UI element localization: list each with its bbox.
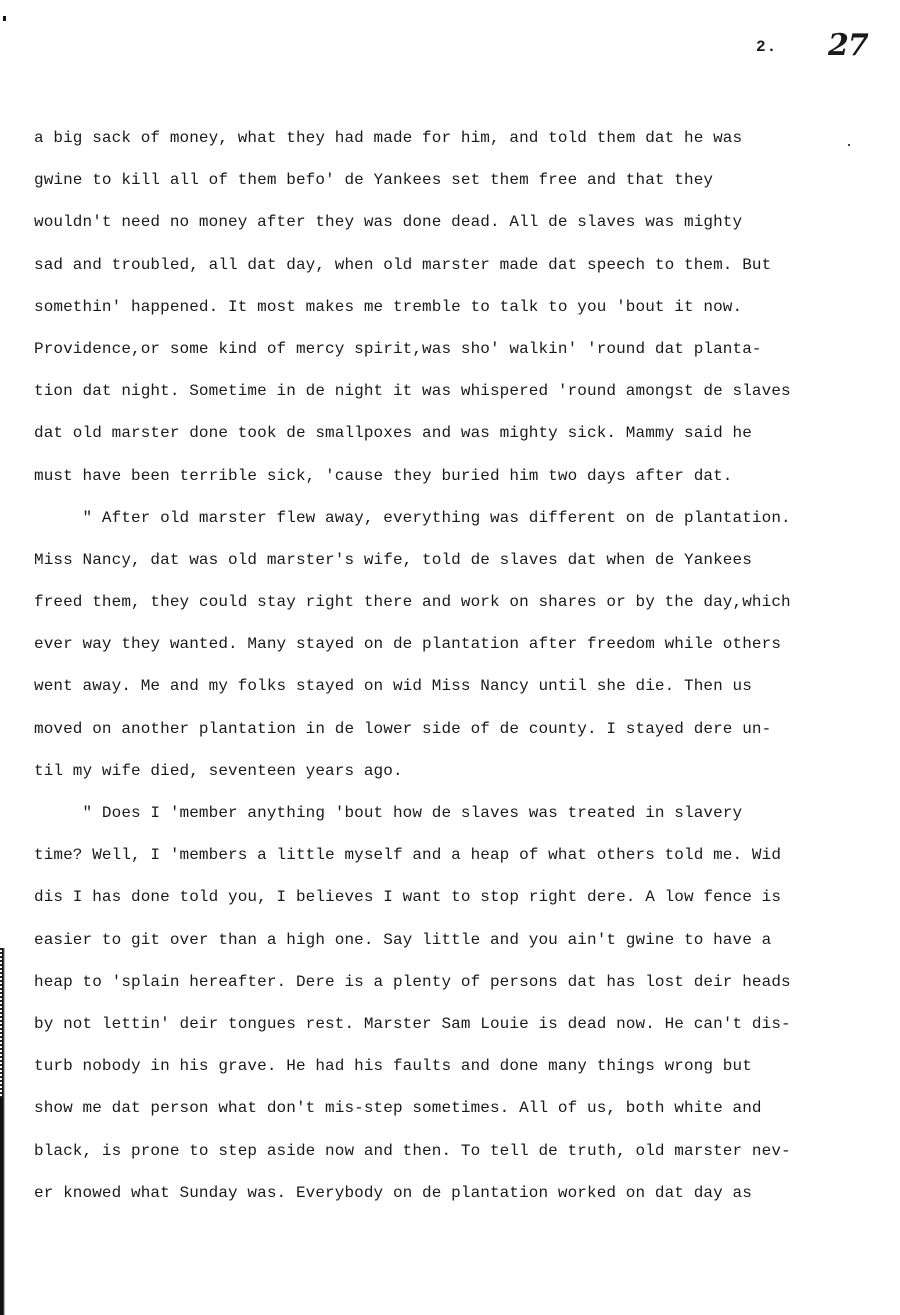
text-line: Providence,or some kind of mercy spirit,… — [34, 337, 874, 379]
text-line: dis I has done told you, I believes I wa… — [34, 885, 874, 927]
text-line: ever way they wanted. Many stayed on de … — [34, 632, 874, 674]
text-line: " Does I 'member anything 'bout how de s… — [34, 801, 874, 843]
text-line: went away. Me and my folks stayed on wid… — [34, 674, 874, 716]
text-line: must have been terrible sick, 'cause the… — [34, 464, 874, 506]
text-line: time? Well, I 'members a little myself a… — [34, 843, 874, 885]
text-line: gwine to kill all of them befo' de Yanke… — [34, 168, 874, 210]
typewritten-body: a big sack of money, what they had made … — [34, 126, 874, 1223]
section-number: 2. — [756, 38, 777, 56]
text-line: til my wife died, seventeen years ago. — [34, 759, 874, 801]
text-line: dat old marster done took de smallpoxes … — [34, 421, 874, 463]
text-line: Miss Nancy, dat was old marster's wife, … — [34, 548, 874, 590]
text-line: heap to 'splain hereafter. Dere is a ple… — [34, 970, 874, 1012]
text-line: tion dat night. Sometime in de night it … — [34, 379, 874, 421]
text-line: show me dat person what don't mis-step s… — [34, 1096, 874, 1138]
text-line: a big sack of money, what they had made … — [34, 126, 874, 168]
page-header: 2. 27 — [0, 32, 900, 72]
text-line: sad and troubled, all dat day, when old … — [34, 253, 874, 295]
text-line: turb nobody in his grave. He had his fau… — [34, 1054, 874, 1096]
page-number: 27 — [828, 28, 868, 63]
scan-edge-shadow — [0, 948, 5, 1315]
text-line: wouldn't need no money after they was do… — [34, 210, 874, 252]
text-line: moved on another plantation in de lower … — [34, 717, 874, 759]
document-page: 2. 27 a big sack of money, what they had… — [0, 0, 900, 1315]
text-line: freed them, they could stay right there … — [34, 590, 874, 632]
scan-artifact-mark — [3, 16, 6, 21]
text-line: " After old marster flew away, everythin… — [34, 506, 874, 548]
text-line: somethin' happened. It most makes me tre… — [34, 295, 874, 337]
text-line: easier to git over than a high one. Say … — [34, 928, 874, 970]
text-line: black, is prone to step aside now and th… — [34, 1139, 874, 1181]
text-line: er knowed what Sunday was. Everybody on … — [34, 1181, 874, 1223]
text-line: by not lettin' deir tongues rest. Marste… — [34, 1012, 874, 1054]
